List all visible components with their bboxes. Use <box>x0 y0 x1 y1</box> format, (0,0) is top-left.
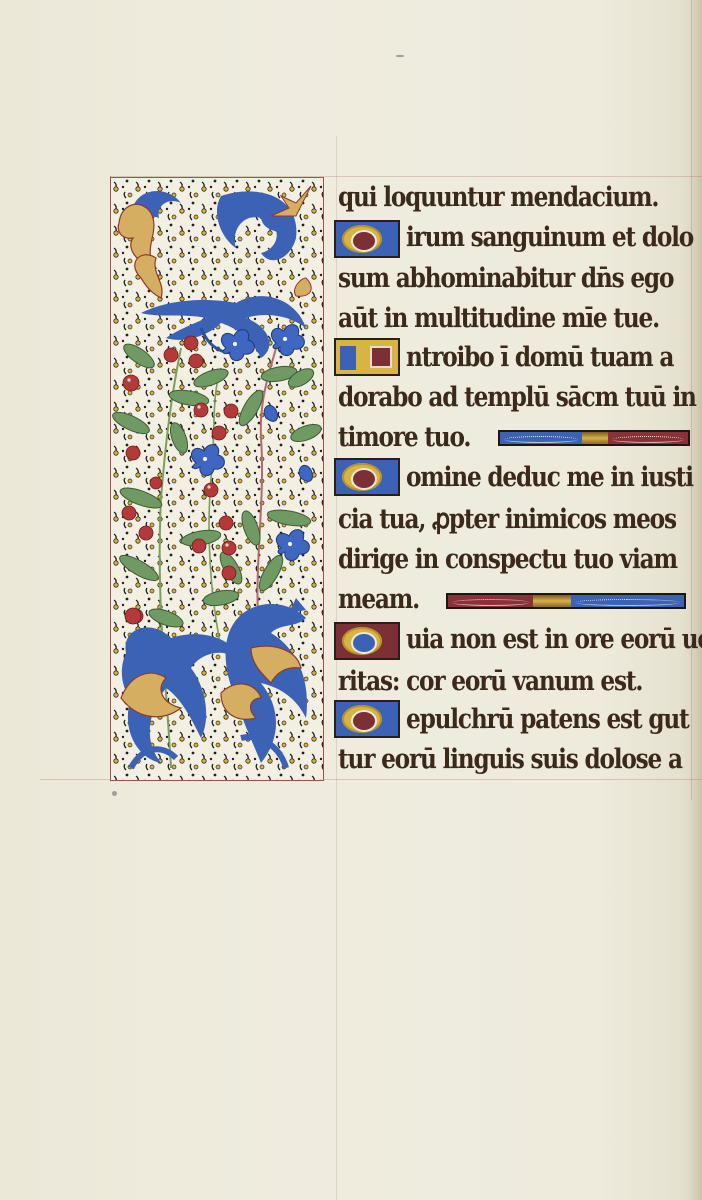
initial-center-icon <box>351 632 377 654</box>
text-line: timore tuo. <box>338 418 470 458</box>
line-text: timore tuo. <box>338 422 470 453</box>
line-filler-decoration <box>498 430 690 446</box>
text-line: uia non est in ore eorū ue <box>406 620 702 660</box>
line-filler-decoration <box>446 593 686 609</box>
initial-maroon-square-icon <box>370 346 392 368</box>
text-line: dorabo ad templū sācm tuū in <box>338 378 696 418</box>
text-line: dirige in conspectu tuo viam <box>338 540 677 580</box>
line-text: epulchrū patens est gut <box>406 704 689 735</box>
text-line: qui loquuntur mendacium. <box>338 178 658 218</box>
filler-blue-segment <box>571 595 684 607</box>
filler-red-segment <box>608 432 688 444</box>
text-line: cia tua, ꝓpter inimicos meos <box>338 500 676 540</box>
filler-blue-segment <box>500 432 582 444</box>
ruling-text-left <box>336 136 337 1200</box>
parchment-page: qui loquuntur mendacium. irum sanguinum … <box>0 0 702 1200</box>
parchment-speck <box>396 55 404 57</box>
initial-center-icon <box>351 230 377 252</box>
illuminated-initial-q <box>334 622 400 660</box>
line-text: irum sanguinum et dolo <box>406 222 693 253</box>
line-text: dirige in conspectu tuo viam <box>338 544 677 575</box>
parchment-speck <box>112 791 117 796</box>
initial-center-icon <box>351 468 377 490</box>
line-text: omine deduc me in iusti <box>406 462 693 493</box>
line-text: aūt in multitudine mīe tue. <box>338 303 659 334</box>
line-text: sum abhominabitur dn̄s ego <box>338 263 673 294</box>
initial-blue-panel-icon <box>340 346 356 370</box>
text-line: tur eorū linguis suis dolose a <box>338 740 682 780</box>
illuminated-initial-s <box>334 700 400 738</box>
line-text: uia non est in ore eorū ue <box>406 624 702 655</box>
text-line: irum sanguinum et dolo <box>406 218 693 258</box>
text-line: ntroibo ī domū tuam a <box>406 338 673 378</box>
illuminated-initial-v <box>334 220 400 258</box>
filler-gold-segment <box>533 595 571 607</box>
line-text: dorabo ad templū sācm tuū in <box>338 382 696 413</box>
text-line: sum abhominabitur dn̄s ego <box>338 259 673 299</box>
line-text: ntroibo ī domū tuam a <box>406 342 673 373</box>
illuminated-initial-d <box>334 458 400 496</box>
initial-center-icon <box>351 710 377 732</box>
text-line: epulchrū patens est gut <box>406 700 689 740</box>
line-text: tur eorū linguis suis dolose a <box>338 744 682 775</box>
acanthus-floral-border-icon <box>111 178 323 780</box>
text-line: meam. <box>338 580 419 620</box>
text-line: omine deduc me in iusti <box>406 458 693 498</box>
marginal-border-decoration <box>110 177 324 781</box>
line-text: meam. <box>338 584 419 615</box>
text-line: aūt in multitudine mīe tue. <box>338 299 659 339</box>
line-text: qui loquuntur mendacium. <box>338 182 658 213</box>
line-text: ritas: cor eorū vanum est. <box>338 666 642 697</box>
line-text: cia tua, ꝓpter inimicos meos <box>338 504 676 535</box>
filler-red-segment <box>448 595 533 607</box>
text-line: ritas: cor eorū vanum est. <box>338 662 642 702</box>
illuminated-initial-i <box>334 338 400 376</box>
filler-gold-segment <box>582 432 608 444</box>
